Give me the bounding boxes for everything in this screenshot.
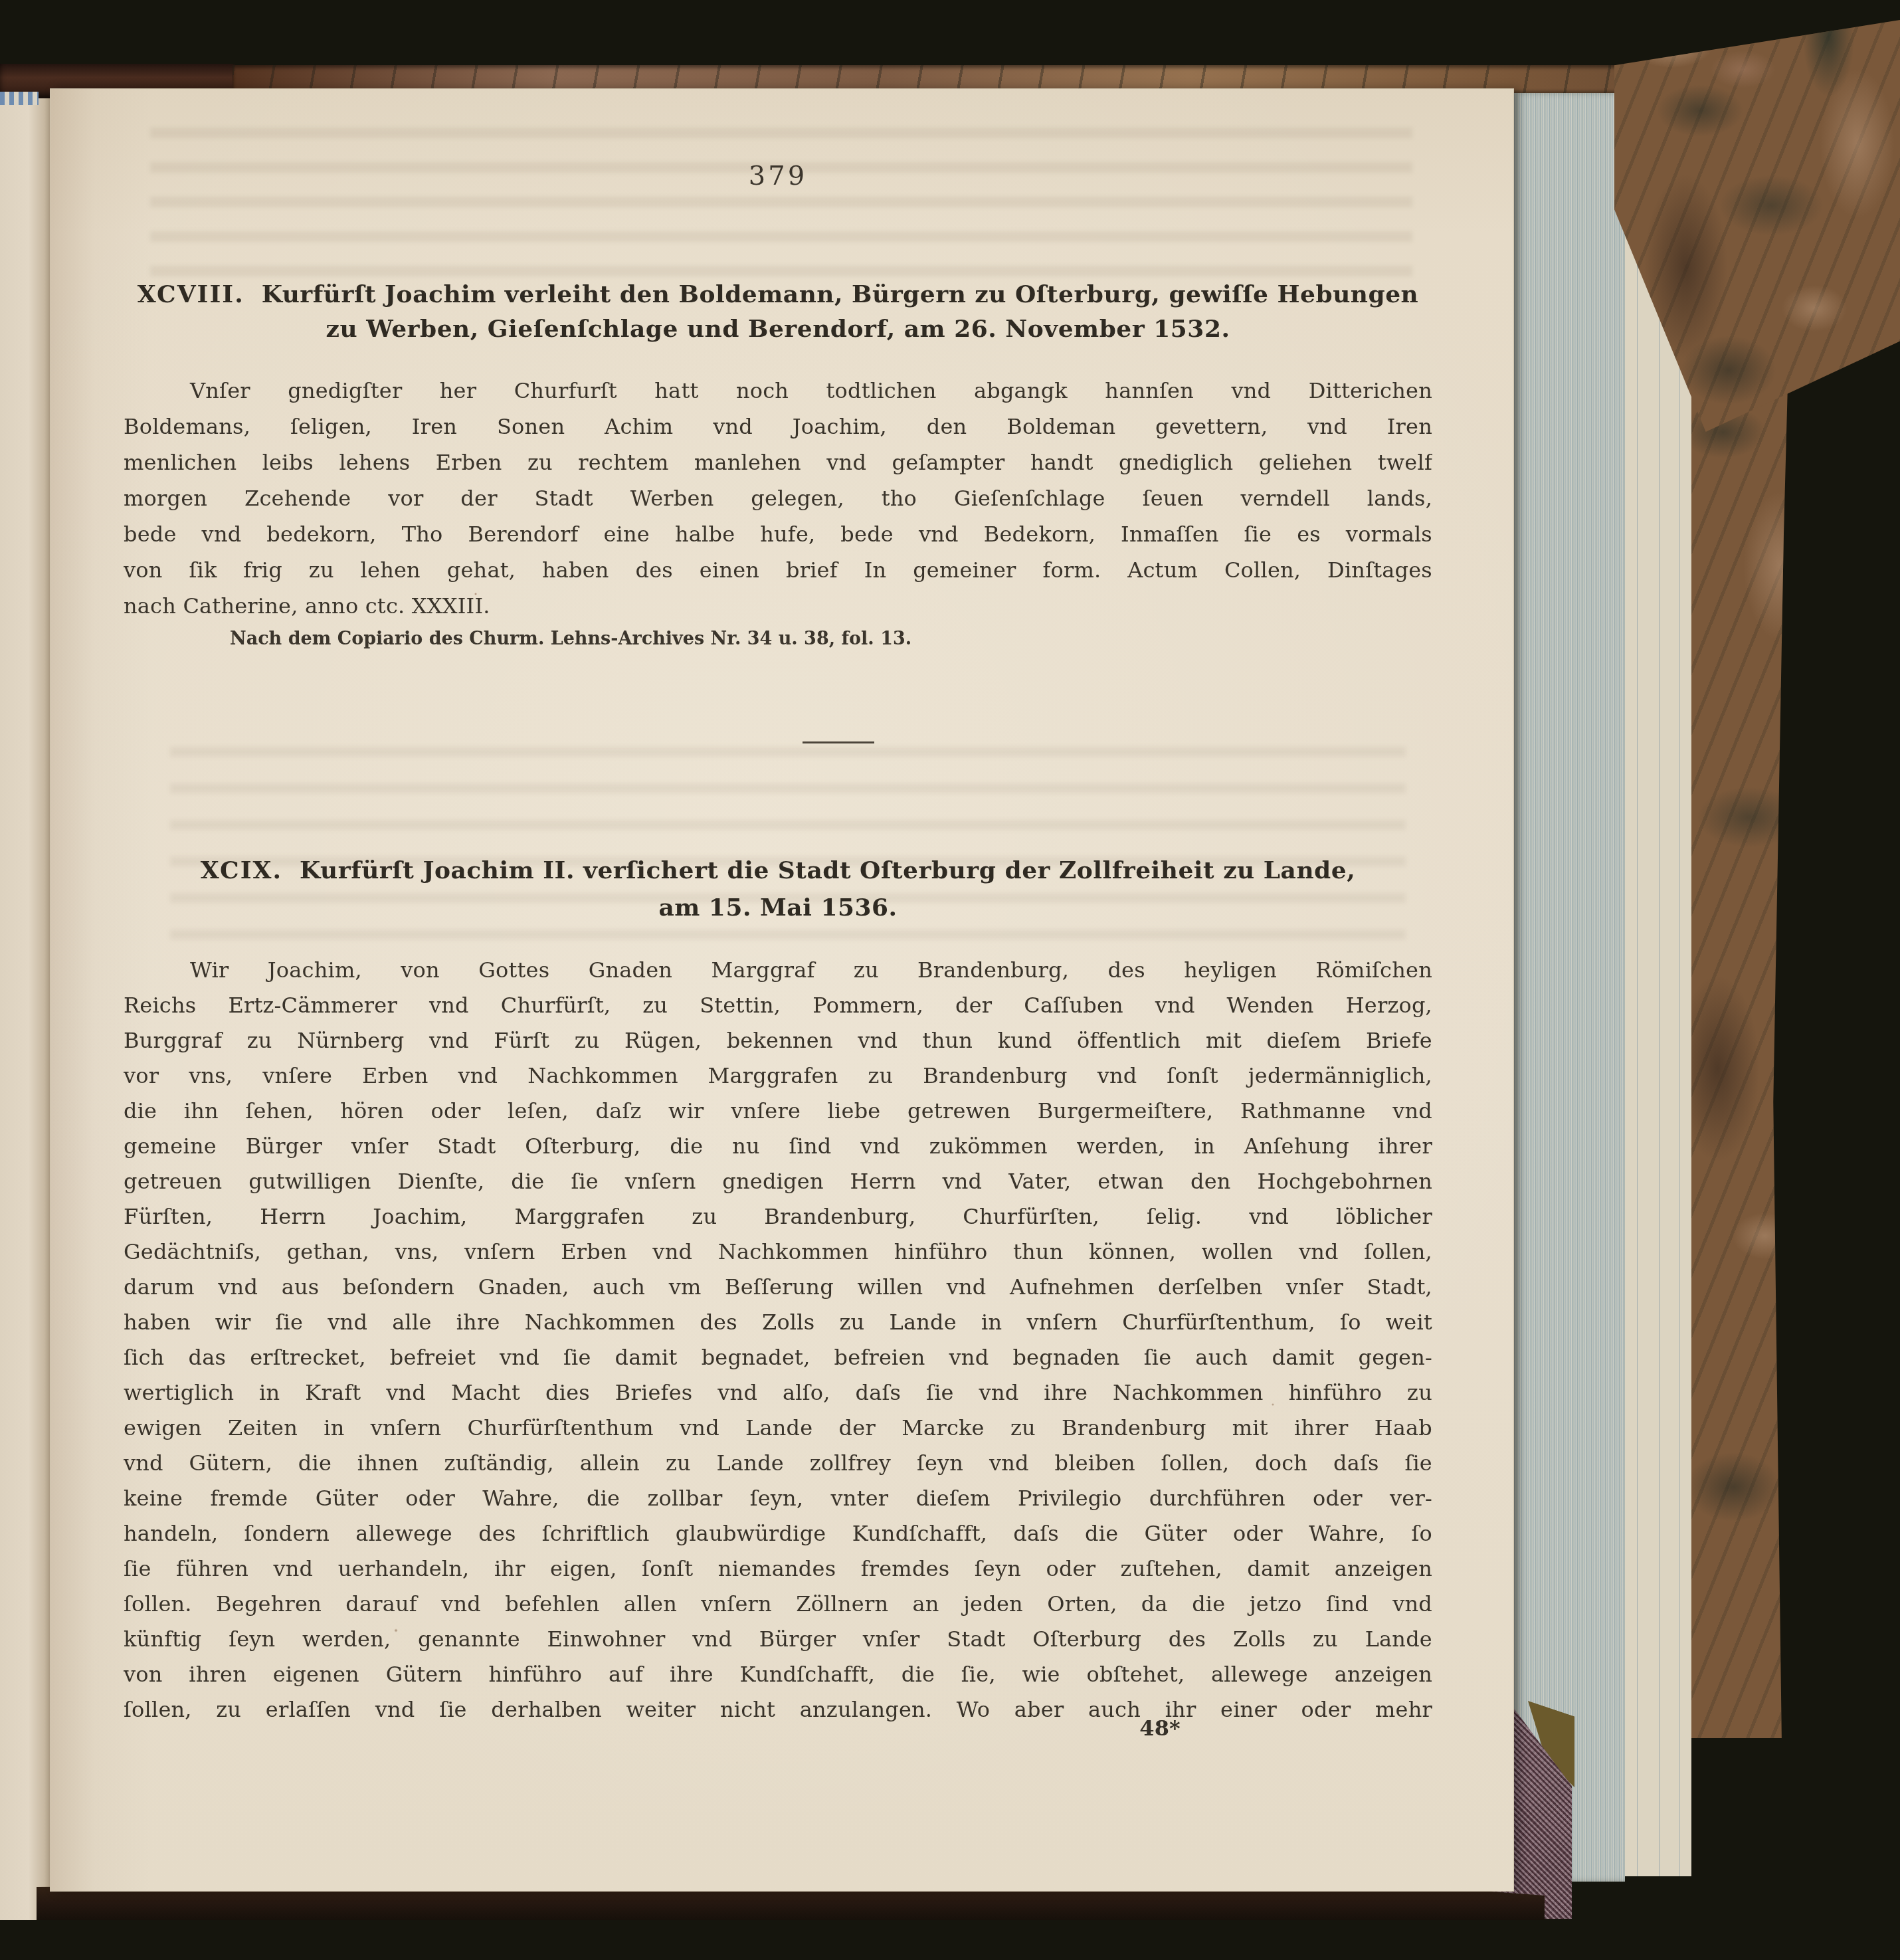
doc-xcviii-source-note: Nach dem Copiario des Churm. Lehns-Archi…	[124, 629, 1432, 649]
text-line: Boldemans, ſeligen, Iren Sonen Achim vnd…	[124, 409, 1432, 444]
text-line: darum vnd aus beſondern Gnaden, auch vm …	[124, 1270, 1432, 1305]
doc-xcix-body: Wir Joachim, von Gottes Gnaden Marggraf …	[124, 953, 1432, 1727]
text-line: wertiglich in Kraft vnd Macht dies Brief…	[124, 1375, 1432, 1411]
text-line: Reichs Ertz-Cämmerer vnd Churfürſt, zu S…	[124, 988, 1432, 1023]
text-line: ewigen Zeiten in vnſern Churfürſtenthum …	[124, 1411, 1432, 1446]
text-line: künftig ſeyn werden, genannte Einwohner …	[124, 1622, 1432, 1657]
doc-xcix-heading: XCIX.Kurfürſt Joachim II. verſichert die…	[124, 852, 1432, 926]
text-line: ſie führen vnd uerhandeln, ihr eigen, ſo…	[124, 1551, 1432, 1587]
section-divider-rule	[803, 741, 874, 743]
text-line: Gedächtniſs, gethan, vns, vnſern Erben v…	[124, 1234, 1432, 1270]
book-page: 379 XCVIII.Kurfürſt Joachim verleiht den…	[50, 89, 1513, 1891]
text-line: handeln, ſondern allewege des ſchriftlic…	[124, 1516, 1432, 1551]
text-line: haben wir ſie vnd alle ihre Nachkommen d…	[124, 1305, 1432, 1340]
text-line: morgen Zcehende vor der Stadt Werben gel…	[124, 480, 1432, 516]
text-line: Fürſten, Herrn Joachim, Marggrafen zu Br…	[124, 1199, 1432, 1234]
signature-mark: 48*	[1107, 1715, 1213, 1741]
facing-page-gutter	[0, 97, 52, 1920]
doc-xcix-number: XCIX.	[201, 856, 282, 884]
doc-xcviii-title-line1: Kurfürſt Joachim verleiht den Boldemann,…	[262, 280, 1419, 308]
doc-xcviii-number: XCVIII.	[138, 280, 244, 308]
text-line: ſollen. Begehren darauf vnd befehlen all…	[124, 1587, 1432, 1622]
doc-xcix-title-line1: Kurfürſt Joachim II. verſichert die Stad…	[300, 856, 1355, 884]
text-line: von ihren eigenen Gütern hinführo auf ih…	[124, 1657, 1432, 1692]
text-line: getreuen gutwilligen Dienſte, die ſie vn…	[124, 1164, 1432, 1199]
text-line: Vnſer gnedigſter her Churfurſt hatt noch…	[124, 373, 1432, 409]
doc-xcviii-body: Vnſer gnedigſter her Churfurſt hatt noch…	[124, 373, 1432, 624]
text-line: ſich das erſtrecket, befreiet vnd ſie da…	[124, 1340, 1432, 1375]
doc-xcviii-heading: XCVIII.Kurfürſt Joachim verleiht den Bol…	[124, 277, 1432, 346]
text-line: Burggraf zu Nürnberg vnd Fürſt zu Rügen,…	[124, 1023, 1432, 1058]
text-line: menlichen leibs lehens Erben zu rechtem …	[124, 444, 1432, 480]
text-line: keine fremde Güter oder Wahre, die zollb…	[124, 1481, 1432, 1516]
text-line: vnd Gütern, die ihnen zuſtändig, allein …	[124, 1446, 1432, 1481]
scanned-book-photo: 379 XCVIII.Kurfürſt Joachim verleiht den…	[0, 0, 1900, 1960]
text-line: ſollen, zu erlaſſen vnd ſie derhalben we…	[124, 1692, 1432, 1727]
doc-xcix-title-line2: am 15. Mai 1536.	[658, 894, 897, 922]
text-line: die ihn ſehen, hören oder leſen, daſz wi…	[124, 1094, 1432, 1129]
fore-edge-page-stack	[1513, 93, 1625, 1882]
endband	[0, 92, 39, 105]
text-line: vor vns, vnſere Erben vnd Nachkommen Mar…	[124, 1058, 1432, 1094]
text-line: bede vnd bedekorn, Tho Berendorf eine ha…	[124, 516, 1432, 552]
text-block: 379 XCVIII.Kurfürſt Joachim verleiht den…	[124, 89, 1432, 1891]
text-line: nach Catherine, anno ctc. XXXIII.	[124, 588, 1432, 624]
doc-xcviii-title-line2: zu Werben, Gieſenſchlage und Berendorf, …	[326, 315, 1230, 343]
page-number: 379	[124, 161, 1432, 191]
text-line: von ſik frig zu lehen gehat, haben des e…	[124, 552, 1432, 588]
text-line: gemeine Bürger vnſer Stadt Oſterburg, di…	[124, 1129, 1432, 1164]
text-line: Wir Joachim, von Gottes Gnaden Marggraf …	[124, 953, 1432, 988]
